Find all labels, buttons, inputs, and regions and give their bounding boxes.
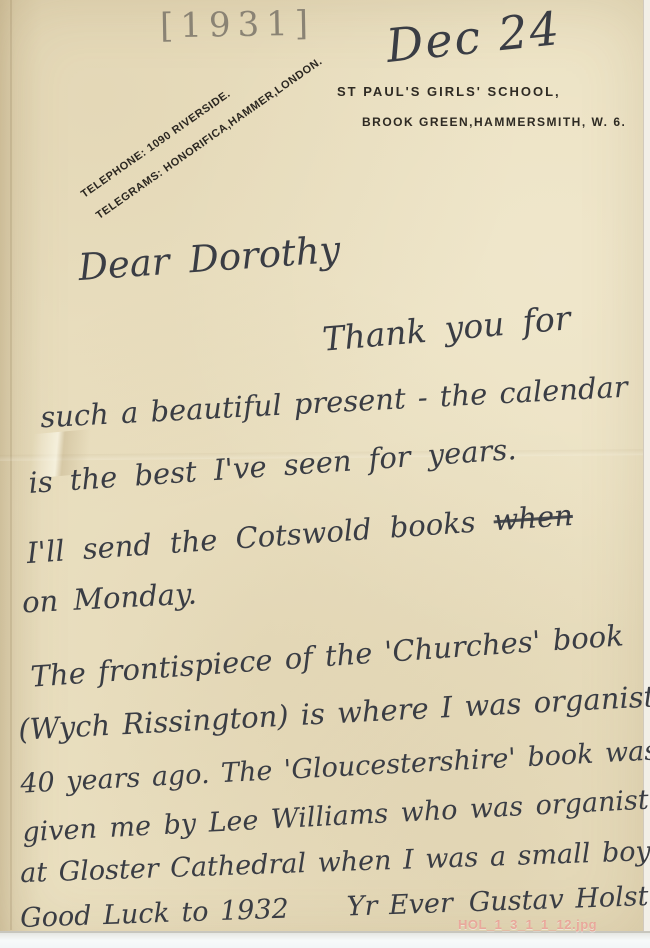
pencil-year-annotation: [1931] [160,7,316,44]
struck-word: when [492,498,574,537]
scan-edge-bottom [0,931,650,948]
school-address: BROOK GREEN,HAMMERSMITH, W. 6. [362,116,626,128]
scanned-letter: [1931] Dec 24 TELEPHONE: 1090 RIVERSIDE.… [0,0,650,948]
signature: Gustav Holst [468,881,649,918]
closing-spacer [289,916,347,918]
valediction-spacer [453,911,469,912]
valediction: Yr Ever [346,888,453,923]
school-name: ST PAUL'S GIRLS' SCHOOL, [337,85,561,98]
catalog-watermark: HOL_1_3_1_1_12.jpg [458,917,597,932]
